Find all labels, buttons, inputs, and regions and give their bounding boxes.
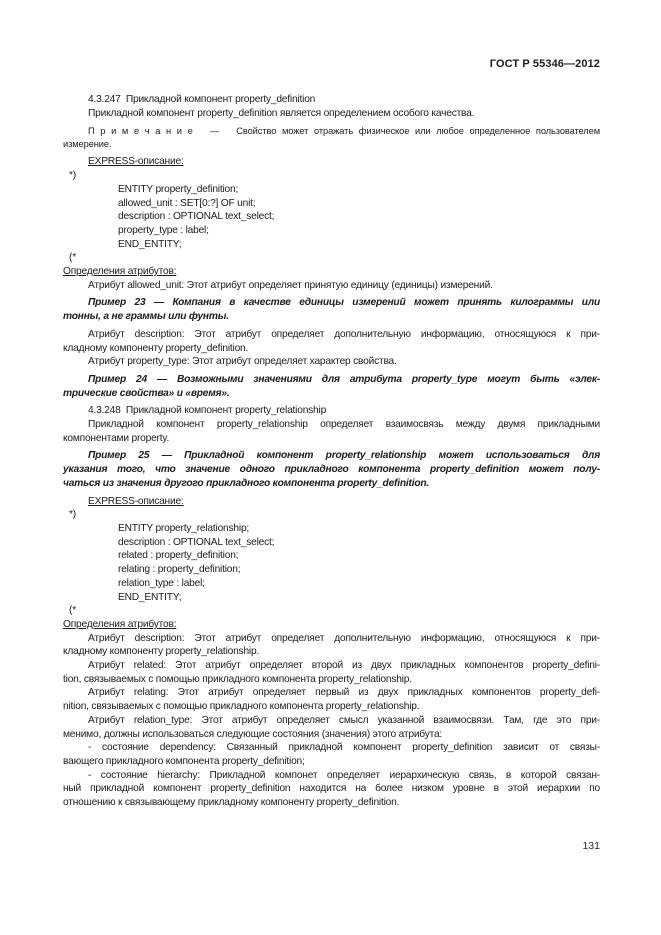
body-paragraph: Атрибут allowed_unit: Этот атрибут опред… xyxy=(63,279,600,293)
example-23: Пример 23 — Компания в качестве единицы … xyxy=(63,296,600,323)
text-line: related : property_definition; xyxy=(63,549,600,563)
text-line: relation_type : label; xyxy=(63,577,600,591)
text-line: Определения атрибутов: xyxy=(63,618,600,632)
standard-number: ГОСТ Р 55346—2012 xyxy=(490,58,600,70)
text-line: *) xyxy=(63,508,600,522)
text-line: Прикладной компонент property_relationsh… xyxy=(63,418,600,432)
text-line: Атрибут relating: Этот атрибут определяе… xyxy=(63,686,600,700)
text-line: измерение. xyxy=(63,138,600,151)
text-line: менимо, должны использоваться следующие … xyxy=(63,728,600,742)
text-line: трические свойства» и «время». xyxy=(63,387,600,401)
express-code-block: ENTITY property_relationship;description… xyxy=(63,522,600,604)
text-line: (* xyxy=(63,604,600,618)
page-header: ГОСТ Р 55346—2012 xyxy=(63,58,600,70)
text-line: property_type : label; xyxy=(63,224,600,238)
section-heading-4-3-248: 4.3.248 Прикладной компонент property_re… xyxy=(63,404,600,418)
text-line: description : OPTIONAL text_select; xyxy=(63,210,600,224)
express-close-delimiter: (* xyxy=(63,251,600,265)
text-line: Определения атрибутов: xyxy=(63,265,600,279)
text-line: отношению к связывающему прикладному ком… xyxy=(63,796,600,810)
attribute-definitions-label: Определения атрибутов: xyxy=(63,618,600,632)
text-line: END_ENTITY; xyxy=(63,591,600,605)
text-line: Атрибут description: Этот атрибут опреде… xyxy=(63,632,600,646)
text-line: description : OPTIONAL text_select; xyxy=(63,536,600,550)
text-line: компонентами property. xyxy=(63,432,600,446)
text-line: nition, связываемых с помощью прикладног… xyxy=(63,700,600,714)
text-line: EXPRESS-описание: xyxy=(63,155,600,169)
body-paragraph: Атрибут relating: Этот атрибут определяе… xyxy=(63,686,600,713)
text-line: ENTITY property_relationship; xyxy=(63,522,600,536)
text-line: - состояние hierarchy: Прикладной компон… xyxy=(63,769,600,783)
text-line: relating : property_definition; xyxy=(63,563,600,577)
body-paragraph: Прикладной компонент property_relationsh… xyxy=(63,418,600,445)
text-line: END_ENTITY; xyxy=(63,238,600,252)
body-paragraph: Атрибут description: Этот атрибут опреде… xyxy=(63,632,600,659)
text-line: Пример 23 — Компания в качестве единицы … xyxy=(63,296,600,310)
text-line: 4.3.248 Прикладной компонент property_re… xyxy=(63,404,600,418)
text-line: указания того, что значение одного прикл… xyxy=(63,463,600,477)
example-24: Пример 24 — Возможными значениями для ат… xyxy=(63,373,600,400)
express-label: EXPRESS-описание: xyxy=(63,155,600,169)
attribute-definitions-label: Определения атрибутов: xyxy=(63,265,600,279)
text-line: Атрибут related: Этот атрибут определяет… xyxy=(63,659,600,673)
page-number: 131 xyxy=(582,840,600,852)
text-line: кладному компоненту property_relationshi… xyxy=(63,645,600,659)
express-code-block: ENTITY property_definition;allowed_unit … xyxy=(63,183,600,252)
body-paragraph: Атрибут related: Этот атрибут определяет… xyxy=(63,659,600,686)
page-footer: 131 xyxy=(63,840,600,852)
text-line: *) xyxy=(63,169,600,183)
text-line: ный прикладной компонент property_defini… xyxy=(63,782,600,796)
express-label: EXPRESS-описание: xyxy=(63,495,600,509)
body-paragraph: Прикладной компонент property_definition… xyxy=(63,107,600,121)
express-open-delimiter: *) xyxy=(63,169,600,183)
text-line: чаться из значения другого прикладного к… xyxy=(63,477,600,491)
text-line: Атрибут property_type: Этот атрибут опре… xyxy=(63,355,600,369)
document-content: 4.3.247 Прикладной компонент property_de… xyxy=(63,93,600,810)
text-line: 4.3.247 Прикладной компонент property_de… xyxy=(63,93,600,107)
text-line: tion, связываемых с помощью прикладного … xyxy=(63,673,600,687)
text-line: Пример 24 — Возможными значениями для ат… xyxy=(63,373,600,387)
body-paragraph: Атрибут description: Этот атрибут опреде… xyxy=(63,328,600,355)
list-item-dependency: - состояние dependency: Связанный прикла… xyxy=(63,741,600,768)
text-line: Атрибут relation_type: Этот атрибут опре… xyxy=(63,714,600,728)
example-25: Пример 25 — Прикладной компонент propert… xyxy=(63,449,600,490)
express-open-delimiter: *) xyxy=(63,508,600,522)
text-line: allowed_unit : SET[0:?] OF unit; xyxy=(63,197,600,211)
text-line: вающего прикладного компонента property_… xyxy=(63,755,600,769)
list-item-hierarchy: - состояние hierarchy: Прикладной компон… xyxy=(63,769,600,810)
text-line: кладному компоненту property_definition. xyxy=(63,342,600,356)
body-paragraph: Атрибут relation_type: Этот атрибут опре… xyxy=(63,714,600,741)
section-heading-4-3-247: 4.3.247 Прикладной компонент property_de… xyxy=(63,93,600,107)
document-page: ГОСТ Р 55346—2012 4.3.247 Прикладной ком… xyxy=(0,0,661,935)
note-paragraph: П р и м е ч а н и е — Свойство может отр… xyxy=(63,125,600,150)
text-line: Атрибут description: Этот атрибут опреде… xyxy=(63,328,600,342)
express-close-delimiter: (* xyxy=(63,604,600,618)
text-line: тонны, а не граммы или фунты. xyxy=(63,310,600,324)
text-line: Пример 25 — Прикладной компонент propert… xyxy=(63,449,600,463)
text-line: П р и м е ч а н и е — Свойство может отр… xyxy=(63,125,600,138)
body-paragraph: Атрибут property_type: Этот атрибут опре… xyxy=(63,355,600,369)
text-line: ENTITY property_definition; xyxy=(63,183,600,197)
text-line: (* xyxy=(63,251,600,265)
text-line: EXPRESS-описание: xyxy=(63,495,600,509)
text-line: - состояние dependency: Связанный прикла… xyxy=(63,741,600,755)
text-line: Прикладной компонент property_definition… xyxy=(63,107,600,121)
text-line: Атрибут allowed_unit: Этот атрибут опред… xyxy=(63,279,600,293)
